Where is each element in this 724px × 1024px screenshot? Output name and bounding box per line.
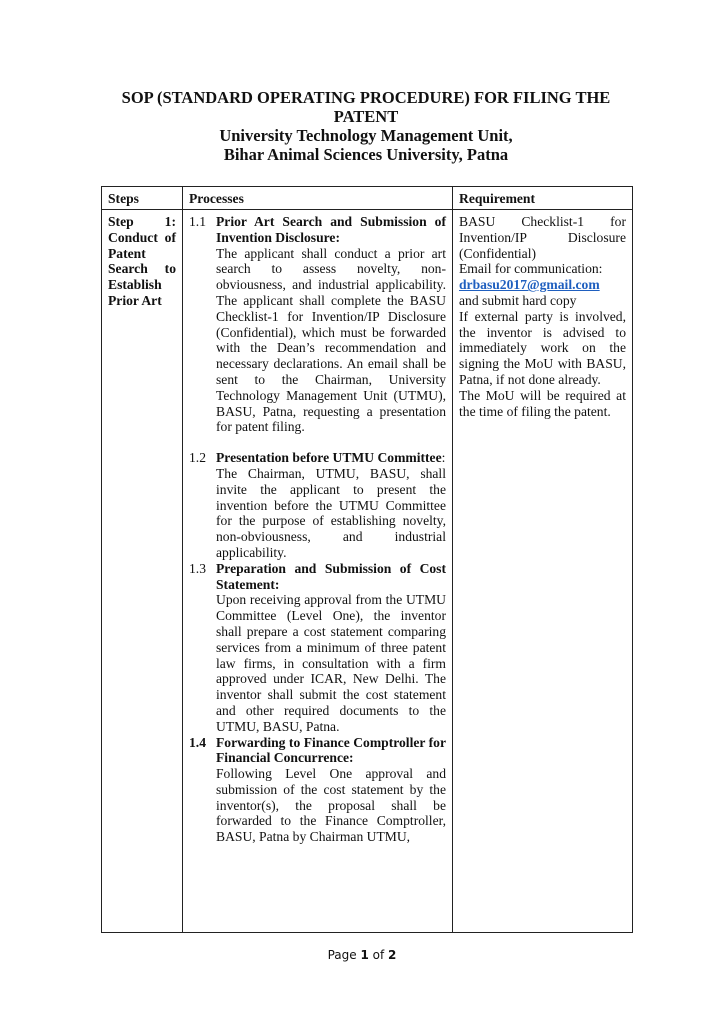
step-cell: Step 1: Conduct of Patent Search to Esta…	[102, 210, 183, 933]
process-item-1-1: 1.1 Prior Art Search and Submission of I…	[189, 214, 446, 435]
requirement-cell: BASU Checklist-1 for Invention/IP Disclo…	[453, 210, 633, 933]
table-header-row: Steps Processes Requirement	[102, 187, 633, 210]
document-subtitle-line-1: University Technology Management Unit,	[100, 126, 632, 145]
process-text: Upon receiving approval from the UTMU Co…	[216, 592, 446, 734]
header-processes: Processes	[183, 187, 453, 210]
process-text: Following Level One approval and submiss…	[216, 766, 446, 845]
requirement-email-label: Email for communication:	[459, 261, 626, 277]
process-text: The applicant shall conduct a prior art …	[216, 246, 446, 436]
step-line: Patent	[108, 246, 176, 262]
header-steps: Steps	[102, 187, 183, 210]
process-heading-text: Presentation before UTMU Committee	[216, 450, 442, 465]
requirement-hard-copy: and submit hard copy	[459, 293, 626, 309]
step-line: Prior Art	[108, 293, 176, 309]
page-of: of	[369, 948, 388, 962]
step-line: Conduct of	[108, 230, 176, 246]
header-requirement: Requirement	[453, 187, 633, 210]
processes-cell: 1.1 Prior Art Search and Submission of I…	[183, 210, 453, 933]
process-heading: Presentation before UTMU Committee:	[216, 450, 446, 466]
process-text: The Chairman, UTMU, BASU, shall invite t…	[216, 466, 446, 561]
page-current: 1	[360, 948, 368, 962]
page-total: 2	[388, 948, 396, 962]
table-row: Step 1: Conduct of Patent Search to Esta…	[102, 210, 633, 933]
step-line: Establish	[108, 277, 176, 293]
process-heading: Preparation and Submission of Cost State…	[216, 561, 446, 593]
document-subtitle-line-2: Bihar Animal Sciences University, Patna	[100, 145, 632, 164]
process-number: 1.2	[189, 450, 216, 561]
page-footer: Page 1 of 2	[0, 948, 724, 962]
requirement-external-party: If external party is involved, the inven…	[459, 309, 626, 388]
process-heading: Prior Art Search and Submission of Inven…	[216, 214, 446, 246]
document-title-line-1: SOP (STANDARD OPERATING PROCEDURE) FOR F…	[100, 88, 632, 107]
process-number: 1.3	[189, 561, 216, 735]
process-heading: Forwarding to Finance Comptroller for Fi…	[216, 735, 446, 767]
sop-table: Steps Processes Requirement Step 1: Cond…	[101, 186, 633, 933]
step-line: Step 1:	[108, 214, 176, 230]
process-item-1-4: 1.4 Forwarding to Finance Comptroller fo…	[189, 735, 446, 846]
requirement-checklist: BASU Checklist-1 for Invention/IP Disclo…	[459, 214, 626, 261]
requirement-mou-note: The MoU will be required at the time of …	[459, 388, 626, 420]
document-title-block: SOP (STANDARD OPERATING PROCEDURE) FOR F…	[100, 88, 632, 164]
step-line: Search to	[108, 261, 176, 277]
email-link[interactable]: drbasu2017@gmail.com	[459, 277, 626, 293]
process-number: 1.4	[189, 735, 216, 846]
page-prefix: Page	[328, 948, 361, 962]
process-number: 1.1	[189, 214, 216, 435]
document-title-line-2: PATENT	[100, 107, 632, 126]
process-heading-suffix: :	[442, 450, 446, 465]
process-item-1-2: 1.2 Presentation before UTMU Committee: …	[189, 450, 446, 561]
process-item-1-3: 1.3 Preparation and Submission of Cost S…	[189, 561, 446, 735]
